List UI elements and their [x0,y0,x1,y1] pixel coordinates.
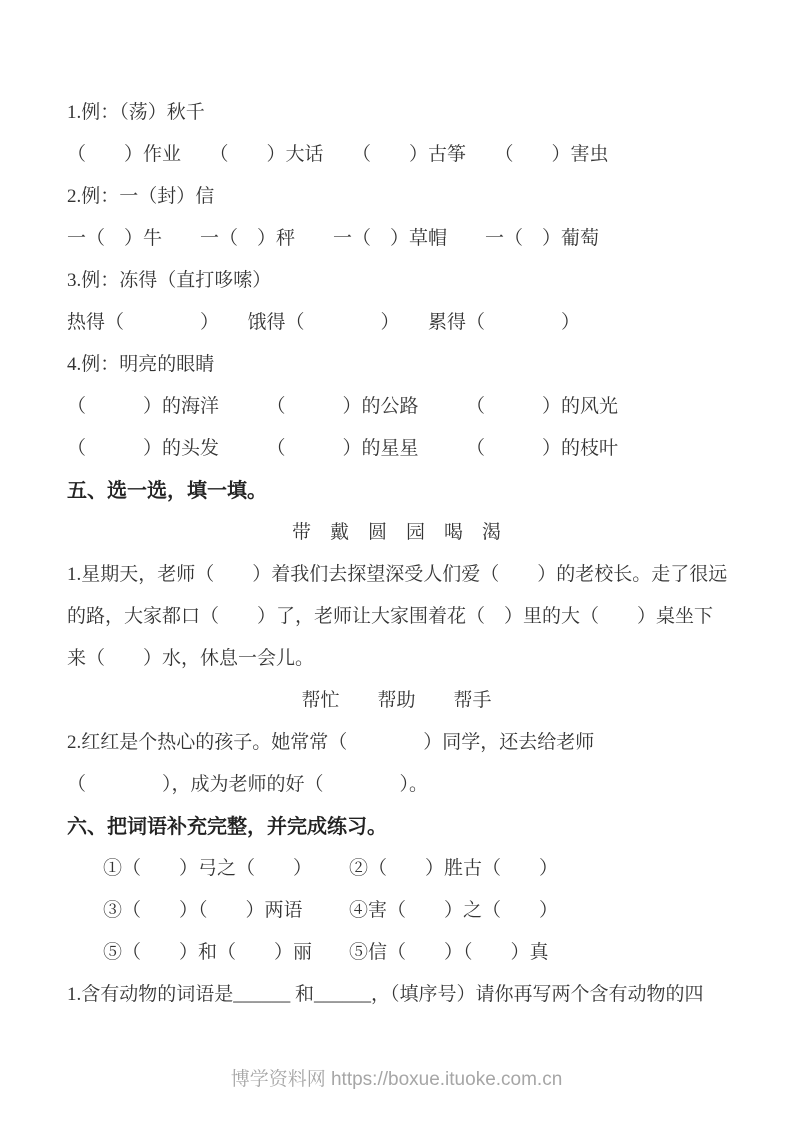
section-5-q1-line-1: 1.星期天，老师（ ）着我们去探望深受人们爱（ ）的老校长。走了很远 [67,554,745,596]
example-line-1: 1.例：（荡）秋千 [67,92,745,134]
section-5-q1-line-3: 来（ ）水，休息一会儿。 [67,638,745,680]
section-5-q1-line-2: 的路，大家都口（ ）了，老师让大家围着花（ ）里的大（ ）桌坐下 [67,596,745,638]
idiom-item-4: ④害（ ）之（ ） [349,890,745,932]
section-6-heading: 六、把词语补充完整，并完成练习。 [67,806,745,848]
idiom-row-1: ①（ ）弓之（ ） ②（ ）胜古（ ） [67,848,745,890]
idiom-item-1: ①（ ）弓之（ ） [103,848,349,890]
worksheet-page: 1.例：（荡）秋千 （ ）作业 （ ）大话 （ ）古筝 （ ）害虫 2.例：一（… [0,0,793,1122]
word-bank-2: 帮忙 帮助 帮手 [0,680,793,722]
example-line-2: 2.例：一（封）信 [67,176,745,218]
idiom-item-5: ⑤（ ）和（ ）丽 [103,932,349,974]
section-6-q1-line: 1.含有动物的词语是______ 和______，（填序号）请你再写两个含有动物… [67,974,745,1016]
idiom-row-3: ⑤（ ）和（ ）丽 ⑤信（ ）（ ）真 [67,932,745,974]
fill-blank-row-1: （ ）作业 （ ）大话 （ ）古筝 （ ）害虫 [67,134,745,176]
idiom-row-2: ③（ ）（ ）两语 ④害（ ）之（ ） [67,890,745,932]
section-5-heading: 五、选一选，填一填。 [67,470,745,512]
fill-blank-row-3: 热得（ ） 饿得（ ） 累得（ ） [67,302,745,344]
idiom-item-2: ②（ ）胜古（ ） [349,848,745,890]
worksheet-content: 1.例：（荡）秋千 （ ）作业 （ ）大话 （ ）古筝 （ ）害虫 2.例：一（… [67,92,745,1016]
idiom-item-6: ⑤信（ ）（ ）真 [349,932,745,974]
word-bank-1: 带 戴 圆 园 喝 渴 [0,512,793,554]
example-line-3: 3.例：冻得（直打哆嗦） [67,260,745,302]
site-watermark: 博学资料网 https://boxue.ituoke.com.cn [0,1064,793,1091]
fill-blank-row-2: 一（ ）牛 一（ ）秤 一（ ）草帽 一（ ）葡萄 [67,218,745,260]
section-5-q2-line-1: 2.红红是个热心的孩子。她常常（ ）同学，还去给老师 [67,722,745,764]
example-line-4: 4.例：明亮的眼睛 [67,344,745,386]
idiom-item-3: ③（ ）（ ）两语 [103,890,349,932]
section-5-q2-line-2: （ ），成为老师的好（ ）。 [67,764,745,806]
fill-blank-row-4a: （ ）的海洋 （ ）的公路 （ ）的风光 [67,386,745,428]
fill-blank-row-4b: （ ）的头发 （ ）的星星 （ ）的枝叶 [67,428,745,470]
